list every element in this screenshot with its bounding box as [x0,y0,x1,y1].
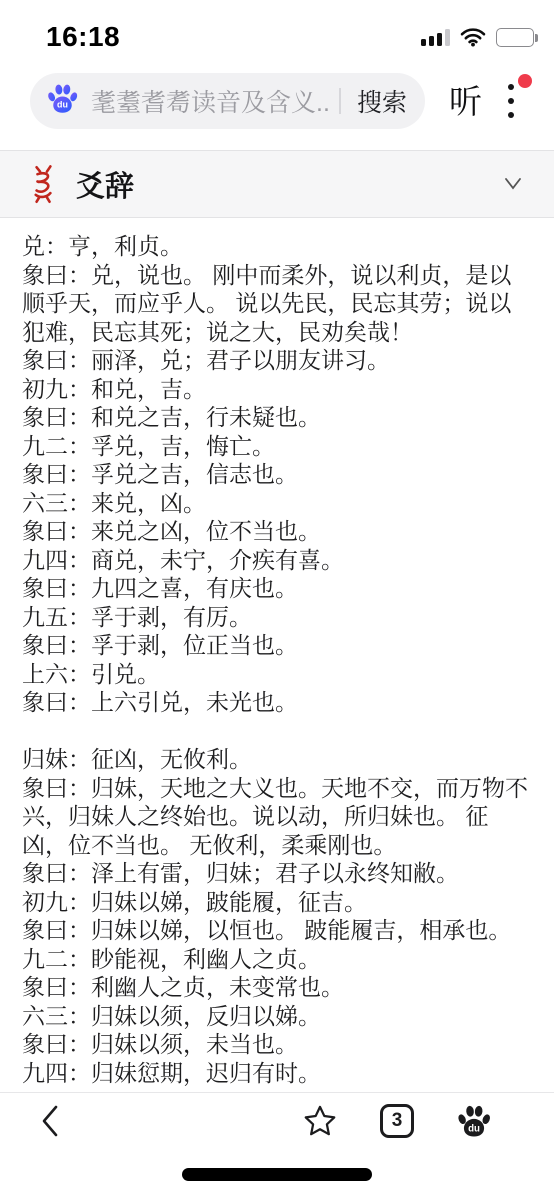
red-seal-logo-icon [28,163,59,206]
text-paragraph: 初九：和兑，吉。 [22,375,534,404]
search-query-text[interactable]: 耄耋耆耈读音及含义... [91,83,331,119]
phone-screen: 16:18 [0,0,554,1200]
text-paragraph: 象曰：孚兑之吉，信志也。 [22,460,534,489]
kebab-menu-button[interactable] [496,78,526,124]
page-title: 爻辞 [76,164,134,205]
text-paragraph: 象曰：归妹以须，未当也。 [22,1030,534,1059]
text-paragraph: 象曰：来兑之凶，位不当也。 [22,517,534,546]
text-paragraph: 象曰：丽泽，兑；君子以朋友讲习。 [22,346,534,375]
clock: 16:18 [46,21,120,53]
text-paragraph: 九二：孚兑，吉，悔亡。 [22,432,534,461]
chevron-down-icon[interactable] [502,176,524,192]
menu-dot [508,112,514,118]
text-paragraph: 六三：来兑，凶。 [22,489,534,518]
page-header: 爻辞 [0,150,554,218]
baidu-home-button[interactable]: du [456,1103,492,1139]
status-bar: 16:18 [0,0,554,60]
home-indicator[interactable] [182,1168,372,1181]
search-button[interactable]: 搜索 [357,83,407,119]
text-paragraph: 象曰：上六引兑，未光也。 [22,688,534,717]
hexagram-section-guimei: 归妹：征凶，无攸利。 象曰：归妹，天地之大义也。天地不交，而万物不兴，归妹人之终… [22,745,534,1087]
tab-counter: 3 [380,1104,414,1138]
text-paragraph: 九四：商兑，未宁，介疾有喜。 [22,546,534,575]
status-icons [421,27,534,47]
svg-text:du: du [57,100,68,110]
tab-count: 3 [392,1110,403,1132]
battery-icon [496,28,534,47]
wifi-icon [460,27,486,47]
bookmark-star-button[interactable] [302,1103,338,1139]
text-paragraph: 象曰：利幽人之贞，未变常也。 [22,973,534,1002]
search-input[interactable]: du 耄耋耆耈读音及含义... 搜索 [30,73,425,129]
text-paragraph: 归妹：征凶，无攸利。 [22,745,534,774]
text-paragraph: 象曰：孚于剥，位正当也。 [22,631,534,660]
back-button[interactable] [38,1104,62,1138]
home-indicator-area [0,1148,554,1200]
pill-divider [339,88,341,114]
svg-text:du: du [468,1123,480,1134]
bottom-toolbar: 3 du [0,1092,554,1148]
text-paragraph: 六三：归妹以须，反归以娣。 [22,1002,534,1031]
menu-dot [508,84,514,90]
listen-button[interactable]: 听 [449,85,482,118]
text-paragraph: 象曰：泽上有雷，归妹；君子以永终知敝。 [22,859,534,888]
text-paragraph: 兑：亨，利贞。 [22,232,534,261]
tabs-button[interactable]: 3 [380,1104,414,1138]
toolbar-right-group: 3 du [302,1103,492,1139]
browser-top-bar: du 耄耋耆耈读音及含义... 搜索 听 [0,60,554,150]
text-paragraph: 象曰：归妹以娣，以恒也。 跛能履吉，相承也。 [22,916,534,945]
text-paragraph: 上六：引兑。 [22,660,534,689]
text-paragraph: 象曰：兑，说也。 刚中而柔外，说以利贞，是以顺乎天，而应乎人。 说以先民，民忘其… [22,261,534,347]
text-paragraph: 象曰：九四之喜，有庆也。 [22,574,534,603]
article-body: 兑：亨，利贞。 象曰：兑，说也。 刚中而柔外，说以利贞，是以顺乎天，而应乎人。 … [0,218,554,1092]
text-paragraph: 象曰：和兑之吉，行未疑也。 [22,403,534,432]
baidu-paw-icon: du [456,1103,492,1139]
text-paragraph: 九四：归妹愆期，迟归有时。 [22,1059,534,1088]
menu-dot [508,98,514,104]
baidu-paw-icon: du [46,82,79,120]
signal-icon [421,29,450,46]
text-paragraph: 九二：眇能视，利幽人之贞。 [22,945,534,974]
text-paragraph: 九五：孚于剥，有厉。 [22,603,534,632]
text-paragraph: 初九：归妹以娣，跛能履，征吉。 [22,888,534,917]
hexagram-section-dui: 兑：亨，利贞。 象曰：兑，说也。 刚中而柔外，说以利贞，是以顺乎天，而应乎人。 … [22,232,534,717]
text-paragraph: 象曰：归妹，天地之大义也。天地不交，而万物不兴，归妹人之终始也。说以动，所归妹也… [22,774,534,860]
notification-red-dot [518,74,532,88]
